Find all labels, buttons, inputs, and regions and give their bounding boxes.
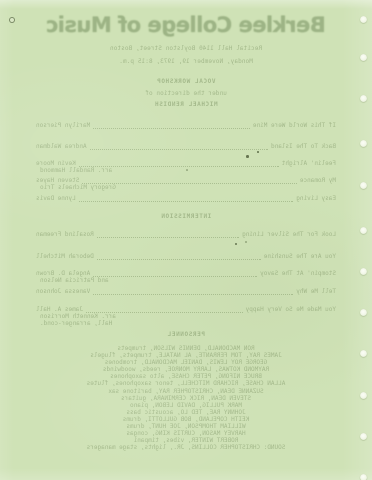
song-title: Tell Me Why (296, 288, 336, 295)
personnel-line: KEITH COPELAND, BOB GULLOTTI, drums (36, 416, 336, 423)
binding-hole (360, 309, 367, 316)
binding-hole (360, 392, 367, 399)
performer-name: Angela D. Brown (36, 270, 90, 277)
director-name: MICHAEL RENDISH (36, 101, 336, 108)
personnel-line: JOHNNY RAE, TED LO, acoustic bass (36, 409, 336, 416)
scanned-program-page: Berklee College of Music Recital Hall 11… (0, 0, 372, 480)
personnel-line: BRUCE NIFONG, PETER CHASE, alto saxophon… (36, 373, 336, 380)
dot-leader (79, 199, 294, 202)
song-title: You Are The Sunshine (264, 253, 336, 260)
direction-line: under the direction of (36, 90, 336, 97)
performer-credit: and Patricia Nelson (40, 277, 336, 284)
venue-line: Recital Hall 1140 Boylston Street, Bosto… (36, 45, 336, 52)
binding-hole (360, 140, 367, 147)
personnel-heading: PERSONNEL (36, 331, 336, 338)
dot-leader (93, 292, 293, 295)
ensemble-name: VOCAL WORKSHOP (36, 78, 336, 85)
program-row: You Are The Sunshine Deborah Mitchell (36, 253, 336, 260)
personnel-line: ROBERT WINTER, vibes, timpani (36, 437, 336, 444)
performer-credit: arr. Randall Hammond (40, 167, 336, 174)
date-line: Monday, November 19, 1973, 8:15 p.m. (36, 58, 336, 65)
song-title: If This World Were Mine (253, 122, 336, 129)
performer-name: Lynne Davis (36, 195, 76, 202)
personnel-list: RON MACDONALD, DENNIS WILSON, trumpets J… (36, 345, 336, 451)
personnel-line: ALLAN CHASE, RICHARD MITCHELL, tenor sax… (36, 380, 336, 387)
program-row: My Romance Steven Hayes (36, 177, 336, 184)
performer-name: Rosalind Freeman (36, 231, 94, 238)
program-row: Look For The Silver Lining Rosalind Free… (36, 231, 336, 238)
performer-name: Deborah Mitchell (36, 253, 94, 260)
personnel-line: RON MACDONALD, DENNIS WILSON, trumpets (36, 345, 336, 352)
ink-speck (246, 155, 249, 158)
personnel-line: JAMES RAY, TOM FERRANTE, AL NATALE, trum… (36, 352, 336, 359)
dot-leader (97, 257, 261, 260)
performer-credit: Gregory Michaels Trio (40, 184, 336, 191)
binding-hole (360, 95, 367, 102)
performer-name: Vanessa Johnson (36, 288, 90, 295)
binding-hole (360, 54, 367, 61)
performer-name: Kevin Moore (36, 160, 76, 167)
ink-speck (9, 17, 15, 23)
dot-leader (90, 147, 268, 150)
song-title: Feelin' Alright (282, 160, 336, 167)
binding-hole (360, 268, 367, 275)
college-logo: Berklee College of Music (36, 14, 336, 36)
program-row: Stompin' At The Savoy Angela D. Brown (36, 270, 336, 277)
program-row: If This World Were Mine Marilyn Pierson (36, 122, 336, 129)
song-title: My Romance (300, 177, 336, 184)
personnel-line: SUZANNE DEAN, CHRISTOPHER RAY, baritone … (36, 388, 336, 395)
ink-speck (257, 151, 259, 153)
binding-hole (360, 227, 367, 234)
program-row: Feelin' Alright Kevin Moore (36, 160, 336, 167)
song-title: Easy Living (296, 195, 336, 202)
binding-hole (360, 16, 367, 23)
dot-leader (97, 235, 239, 238)
song-title: Back To The Island (271, 143, 336, 150)
program-row: You Made Me So Very Happy James A. Hall (36, 306, 336, 313)
program-row: Tell Me Why Vanessa Johnson (36, 288, 336, 295)
ink-speck (186, 169, 188, 171)
program-row: Back To The Island Andrea Waldman (36, 143, 336, 150)
personnel-line: SOUND: CHRISTOPHER COLLINS, JR., lights,… (36, 444, 336, 451)
dot-leader (93, 126, 250, 129)
bleed-through-content: Berklee College of Music Recital Hall 11… (36, 0, 336, 480)
program-row: Easy Living Lynne Davis (36, 195, 336, 202)
binding-hole (360, 350, 367, 357)
performer-name: Steven Hayes (36, 177, 79, 184)
intermission-heading: INTERMISSION (36, 213, 336, 220)
binding-hole (360, 182, 367, 189)
college-logo-text: Berklee College of Music (46, 13, 326, 37)
personnel-line: MARK PULLIG, DAVID LEBON, piano (36, 402, 336, 409)
song-title: Look For The Silver Lining (242, 231, 336, 238)
personnel-line: WILLIAM THOMPSON, JOE HUNT, drums (36, 423, 336, 430)
personnel-line: HARVEY MASON, CURTIS KING, congas (36, 430, 336, 437)
performer-name: Marilyn Pierson (36, 122, 90, 129)
performer-name: Andrea Waldman (36, 143, 87, 150)
song-title: You Made Me So Very Happy (246, 306, 336, 313)
performer-name: James A. Hall (36, 306, 83, 313)
binding-hole (360, 474, 367, 480)
performer-credit: Hall, arranger-cond. (40, 320, 336, 327)
song-title: Stompin' At The Savoy (260, 270, 336, 277)
binding-hole (360, 433, 367, 440)
personnel-line: GEORGE ROY LEWIS, DANIEL MACDONALD, trom… (36, 359, 336, 366)
personnel-line: STEVEN DEAN, RICK CERMINARA, guitars (36, 395, 336, 402)
personnel-line: RAYMOND KOTWAS, LARRY MONROE, reeds, woo… (36, 366, 336, 373)
ink-speck (245, 241, 247, 243)
